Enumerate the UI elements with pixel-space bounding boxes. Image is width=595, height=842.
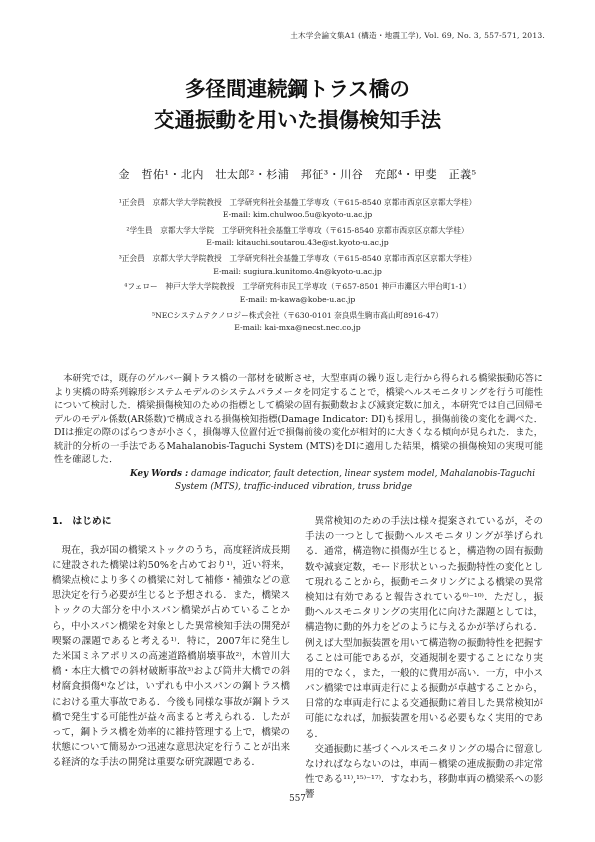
- affiliation-email: E-mail: kim.chulwoo.5u@kyoto-u.ac.jp: [40, 209, 555, 221]
- affiliation-text: ⁵NECシステムテクノロジー株式会社（〒630-0101 奈良県生駒市高山町89…: [40, 310, 555, 322]
- keywords-label: Key Words :: [130, 469, 188, 479]
- affiliation-entry: ⁴フェロー 神戸大学大学院教授 工学研究科市民工学専攻（〒657-8501 神戸…: [40, 281, 555, 306]
- journal-citation-header: 土木学会論文集A1 (構造・地震工学), Vol. 69, No. 3, 557…: [290, 30, 545, 41]
- affiliation-entry: ²学生員 京都大学大学院 工学研究科社会基盤工学専攻（〒615-8540 京都市…: [40, 225, 555, 250]
- author-list: 金 哲佑¹・北内 壮太郎²・杉浦 邦征³・川谷 充郎⁴・甲斐 正義⁵: [0, 166, 595, 182]
- right-column: 異常検知のための手法は様々提案されているが，その手法の一つとして振動ヘルスモニタ…: [305, 514, 543, 803]
- affiliation-entry: ⁵NECシステムテクノロジー株式会社（〒630-0101 奈良県生駒市高山町89…: [40, 310, 555, 335]
- affiliation-text: ¹正会員 京都大学大学院教授 工学研究科社会基盤工学専攻（〒615-8540 京…: [40, 197, 555, 209]
- keywords-block: Key Words : damage indicator, fault dete…: [50, 468, 545, 494]
- two-column-body: 1. はじめに 現在，我が国の橋梁ストックのうち，高度経済成長期に建設された橋梁…: [52, 514, 543, 803]
- affiliation-email: E-mail: kai-mxa@necst.nec.co.jp: [40, 322, 555, 334]
- affiliation-email: E-mail: kitauchi.soutarou.43e@st.kyoto-u…: [40, 237, 555, 249]
- left-column: 1. はじめに 現在，我が国の橋梁ストックのうち，高度経済成長期に建設された橋梁…: [52, 514, 290, 803]
- affiliation-entry: ¹正会員 京都大学大学院教授 工学研究科社会基盤工学専攻（〒615-8540 京…: [40, 197, 555, 222]
- affiliation-entry: ³正会員 京都大学大学院教授 工学研究科社会基盤工学専攻（〒615-8540 京…: [40, 253, 555, 278]
- affiliation-email: E-mail: sugiura.kunitomo.4n@kyoto-u.ac.j…: [40, 266, 555, 278]
- paper-page: 土木学会論文集A1 (構造・地震工学), Vol. 69, No. 3, 557…: [0, 0, 595, 842]
- page-number: 557: [0, 794, 595, 804]
- paper-title: 多径間連続鋼トラス橋の 交通振動を用いた損傷検知手法: [0, 74, 595, 136]
- keywords-text: damage indicator, fault detection, linea…: [175, 469, 535, 492]
- affiliation-text: ²学生員 京都大学大学院 工学研究科社会基盤工学専攻（〒615-8540 京都市…: [40, 225, 555, 237]
- left-column-paragraph: 現在，我が国の橋梁ストックのうち，高度経済成長期に建設された橋梁は約50%を占め…: [52, 543, 290, 771]
- section-1-heading: 1. はじめに: [52, 514, 290, 530]
- abstract-paragraph: 本研究では，既存のゲルバー鋼トラス橋の一部材を破断させ，大型車両の繰り返し走行か…: [54, 372, 543, 467]
- affiliation-text: ⁴フェロー 神戸大学大学院教授 工学研究科市民工学専攻（〒657-8501 神戸…: [40, 281, 555, 293]
- affiliation-text: ³正会員 京都大学大学院教授 工学研究科社会基盤工学専攻（〒615-8540 京…: [40, 253, 555, 265]
- right-column-paragraph-1: 異常検知のための手法は様々提案されているが，その手法の一つとして振動ヘルスモニタ…: [305, 514, 543, 742]
- affiliation-block: ¹正会員 京都大学大学院教授 工学研究科社会基盤工学専攻（〒615-8540 京…: [40, 197, 555, 338]
- paper-title-line1: 多径間連続鋼トラス橋の: [0, 74, 595, 105]
- paper-title-line2: 交通振動を用いた損傷検知手法: [0, 105, 595, 136]
- affiliation-email: E-mail: m-kawa@kobe-u.ac.jp: [40, 294, 555, 306]
